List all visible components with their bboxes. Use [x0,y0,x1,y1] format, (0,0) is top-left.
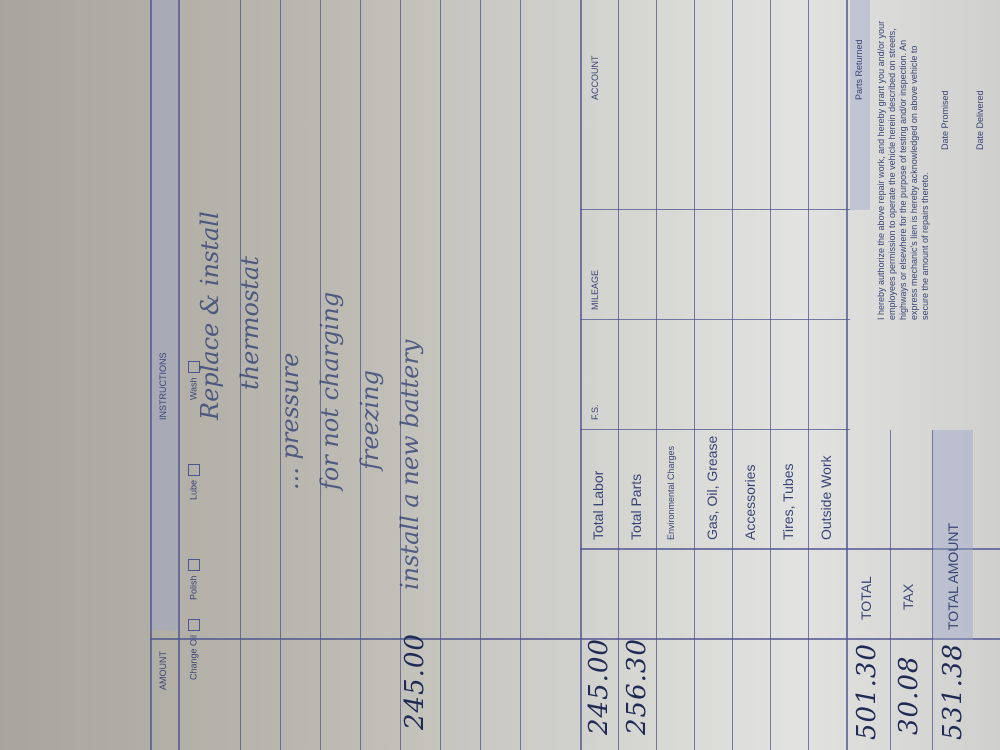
charge-value-labor: 245.00 [584,638,614,735]
date-delivered-label: Date Delivered [975,90,985,150]
invoice-photo: INSTRUCTIONS AMOUNT Change Oil Polish Lu… [0,0,1000,750]
instructions-header-band [150,0,178,630]
charge-label-environmental: Environmental Charges [666,446,676,540]
small-table-header-account: ACCOUNT [590,56,600,101]
small-table-header-fs: F.S. [590,404,600,420]
option-polish[interactable]: Polish [188,559,200,600]
work-line-2: thermostat [236,256,264,390]
option-lube[interactable]: Lube [188,464,200,500]
charge-label-labor: Total Labor [590,471,606,540]
parts-returned-band [850,0,870,210]
charge-label-outside-work: Outside Work [818,455,834,540]
total-amount-value: 531.38 [938,643,968,740]
amount-label: AMOUNT [158,651,168,690]
small-table-header-mileage: MILEAGE [590,270,600,310]
checkbox[interactable] [188,619,200,631]
checkbox[interactable] [188,464,200,476]
authorization-text: I hereby authorize the above repair work… [876,20,931,320]
charge-value-parts: 256.30 [622,638,652,735]
charge-label-tires: Tires, Tubes [780,463,796,540]
work-line-4: for not charging [316,292,344,490]
tax-label: TAX [900,584,916,610]
instructions-label: INSTRUCTIONS [158,353,168,421]
work-line-5: freezing [356,370,384,470]
charge-label-accessories: Accessories [742,465,758,540]
work-line-1: Replace & install [196,211,224,420]
charge-label-gas-oil: Gas, Oil, Grease [704,436,720,540]
total-label: TOTAL [858,576,874,620]
work-amount: 245.00 [400,633,430,730]
total-amount-label: TOTAL AMOUNT [945,523,961,630]
work-line-3: ... pressure [276,353,304,490]
repair-invoice-form: INSTRUCTIONS AMOUNT Change Oil Polish Lu… [0,0,1000,750]
work-line-6: install a new battery [396,340,424,590]
option-change-oil[interactable]: Change Oil [188,619,200,680]
date-promised-label: Date Promised [940,90,950,150]
total-value: 501.30 [852,643,882,740]
tax-value: 30.08 [894,656,924,735]
checkbox[interactable] [188,559,200,571]
charge-label-parts: Total Parts [628,474,644,540]
parts-returned-label: Parts Returned [854,39,864,100]
